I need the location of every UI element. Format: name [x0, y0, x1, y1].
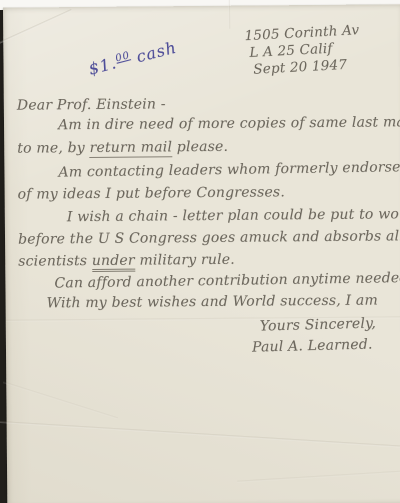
body-line-segment: to me, by: [17, 140, 89, 157]
paper-crease: [0, 421, 400, 449]
body-line: Am contacting leaders whom formerly endo…: [58, 158, 400, 180]
body-line: before the U S Congress goes amuck and a…: [18, 228, 400, 247]
body-line-segment: please.: [172, 139, 228, 155]
salutation: Dear Prof. Einstein -: [17, 96, 166, 113]
body-line: of my ideas I put before Congresses.: [18, 184, 285, 202]
body-line: to me, by return mail please.: [17, 139, 228, 157]
letter-paper: $1.00 cash 1505 Corinth Av L A 25 Calif …: [3, 4, 400, 503]
body-line-segment: military rule.: [135, 252, 235, 269]
paper-crease: [3, 381, 118, 419]
body-line: scientists under military rule.: [18, 252, 235, 270]
body-line-segment: scientists: [18, 253, 92, 270]
price-annotation: $1.00 cash: [87, 38, 179, 79]
double-underlined-word: under: [92, 253, 135, 272]
paper-crease: [0, 9, 72, 44]
price-annotation-suffix: cash: [128, 38, 178, 68]
body-line: Can afford another contribution anytime …: [54, 270, 400, 292]
body-line: Am in dire need of more copies of same l…: [58, 114, 400, 133]
body-line: With my best wishes and World success, I…: [47, 292, 378, 311]
closing: Yours Sincerely,: [260, 315, 377, 334]
address-block: 1505 Corinth Av L A 25 Calif Sept 20 194…: [244, 22, 361, 79]
letter-photo: $1.00 cash 1505 Corinth Av L A 25 Calif …: [0, 0, 400, 503]
signature: Paul A. Learned.: [252, 336, 373, 355]
paper-crease: [237, 469, 400, 483]
underlined-phrase: return mail: [89, 139, 172, 158]
body-line: I wish a chain - letter plan could be pu…: [67, 206, 400, 225]
